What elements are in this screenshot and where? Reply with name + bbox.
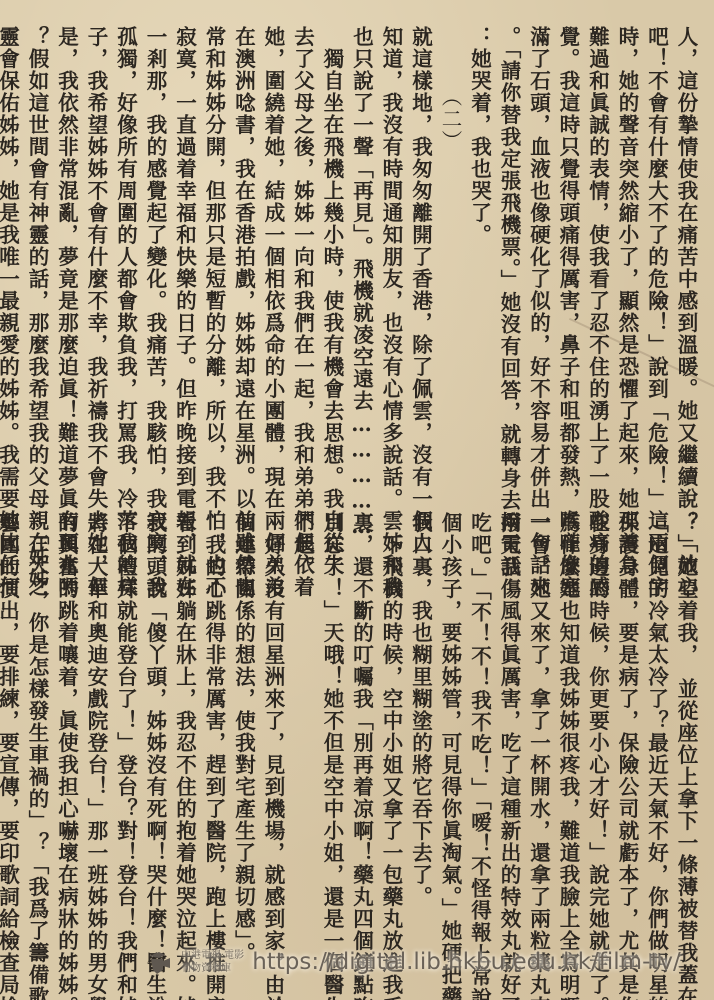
text-column: 難過和眞誠的表情，使我看了忍不住的湧上了一股酸痛的感 [582,26,612,496]
text-column: 不起。 [287,512,317,982]
archive-name-line1: 中港電視·電影 [181,949,244,962]
archive-name-line2: 刊物資料庫 [181,962,244,975]
text-column: 覺。我這時只覺得頭痛得厲害，鼻子和咀都發熱，喉嚨像塞 [553,26,583,496]
text-column: 別忘了！」天哦！她不但是空中小姐，還是一個醫生，眞了 [317,512,347,982]
text-column: 。「請你替我定張飛機票。」她沒有回答，就轉身去撥電話 [494,26,524,496]
text-column: 個小孩子，要姊姊管，可見得你眞淘氣。」她硬把藥丸塞進 [435,512,465,982]
text-column: 吧！不會有什麼大不了的危險！」說到「危險！」這兩個字 [641,26,671,496]
text-column: 也只說了一聲「再見」。飛機就凌空遠去…………… [346,26,376,496]
text-column: 在身邊的時候，你更要小心才好！」說完她就走了。奇怪！ [582,512,612,982]
text-column: 子，我希望姊姊不會有什麼不幸，我祈禱我不會失去她，但 [81,26,111,496]
text-column: 我口裏，我也糊里糊塗的將它吞下去了。 [405,512,435,982]
text-column: 孤獨，好像所有周圍的人都會欺負我，打罵我，冷落我的樣 [110,26,140,496]
text-column: 她，圍繞着她，結成一個相依爲命的小團體，現在兩個弟弟 [258,26,288,496]
text-column: 保護身體，要是病了，保險公司就虧本了，尤其是你姊姊不 [612,512,642,982]
text-column: 一會，她又來了，拿了一杯開水，還拿了兩粒藥丸來：「前 [523,512,553,982]
text-column: 是，我依然非常混亂，夢竟是那麼迫眞！難道夢眞有預兆嗎 [51,26,81,496]
text-column: 爲什麼她也知道我姊姊很疼我，難道我臉上全寫明嗎？過了 [553,512,583,982]
text-column: 看到姊姊躺在牀上，我忍不住的抱着她哭泣起來。姊姊摸着 [169,512,199,982]
text-column: 人，這份摯情使我在痛苦中感到溫暖。她又繼續說：「放心 [671,26,701,496]
text-column: 就這樣地，我匆匆離開了香港，除了佩雲，沒有一個人 [405,26,435,496]
text-column: 兩天我傷風得眞厲害，吃了這種新出的特效丸就好了，你快 [494,512,524,982]
text-column: 「姊姊，你是怎樣發生車禍的」？「我爲了籌備歌舞影 [22,512,52,982]
text-column: 知道，我沒有時間通知朋友，也沒有心情多說話。雲姊和我 [376,26,406,496]
text-column: 靈會保佑姊姊，她是我唯一最親愛的姊姊。我需要她比任何 [0,26,22,496]
text-column: 好久沒有回星洲來了，見到機場，就感到家，由於這一 [258,512,288,982]
text-column: 我的心跳得非常厲害，趕到了醫院，跑上樓推開房門， [199,512,229,982]
text-column: 去了父母之後，姊姊一向和我們在一起，我和弟弟們偎依着 [287,26,317,496]
text-column: 寂寞，一直過着幸福和快樂的日子。但昨晚接到電報，就在 [169,26,199,496]
text-column: 下個禮拜就能登台了！」登台？對！登台！我們和姊姊一起 [110,512,140,982]
text-column: 個連帶關係的想法，使我對宅產生了親切感」。 [228,512,258,982]
archive-watermark: 中港電視·電影 刊物資料庫 https://digital.lib.hkbu.e… [145,948,681,976]
text-column: 常和姊姊分開，但那只是短暫的分離，所以，我不怕，也不 [199,26,229,496]
archive-url: https://digital.lib.hkbu.edu.hk/film-tv/ [252,949,681,975]
text-column: ？假如這世間會有神靈的話，那麼我希望我的父母親在天之 [22,26,52,496]
text-column: 的興奮的跳着嚷着，眞使我担心嚇壞在病牀的姊姊。 [51,512,81,982]
archive-name: 中港電視·電影 刊物資料庫 [181,949,244,975]
text-column: 裏，還不斷的叮囑我「別再着凉啊！藥丸四個鐘點吃一次， [346,512,376,982]
section-heading: （二） [435,26,465,496]
text-column: 滿了石頭，血液也像硬化了似的，好不容易才併出一句話來 [523,26,553,496]
text-column: 在澳洲唸書，我在香港拍戲，姊姊却遠在星洲。以前雖然也 [228,26,258,496]
text-column: ：她哭着，我也哭了。 [464,26,494,496]
text-column: 下飛機的時候，空中小姐又拿了一包藥丸放進我手提包 [376,512,406,982]
film-camera-logo-icon [145,948,173,976]
text-column: 將在大華和奧迪安戲院登台！」那一班姊姊的男女學生大 [81,512,111,982]
text-column: 一剎那，我的感覺起了變化。我痛苦，我駭怕，我寂寞，我 [140,26,170,496]
text-column: 時，她的聲音突然縮小了，顯然是恐懼了起來，她那着急， [612,26,642,496]
text-column: 藝團的演出，要排練，要宣傳，要印歌詞給檢查局檢查，要 [0,512,22,982]
text-column: 獨自坐在飛機上幾小時，使我有機會去思想。我自從失 [317,26,347,496]
bottom-text-section: ？」她望着我， 並從座位上拿下一條薄被替我蓋在腿上。 「這兒的冷氣太冷了？最近天… [10,512,700,982]
text-column: 我的頭說「傻丫頭，姊姊沒有死啊！哭什麼！醫生說，我再 [140,512,170,982]
text-column: ？」她望着我， 並從座位上拿下一條薄被替我蓋在腿上。 [671,512,701,982]
scanned-magazine-page: 人，這份摯情使我在痛苦中感到溫暖。她又繼續說：「放心 吧！不會有什麼大不了的危險… [0,0,714,1000]
top-text-section: 人，這份摯情使我在痛苦中感到溫暖。她又繼續說：「放心 吧！不會有什麼大不了的危險… [10,26,700,496]
text-column: 吃吧。」「不！不！我不吃！」「嗳！不怪得報上常說你像 [464,512,494,982]
text-column: 「這兒的冷氣太冷了？最近天氣不好，你們做明星的要好好地 [641,512,671,982]
